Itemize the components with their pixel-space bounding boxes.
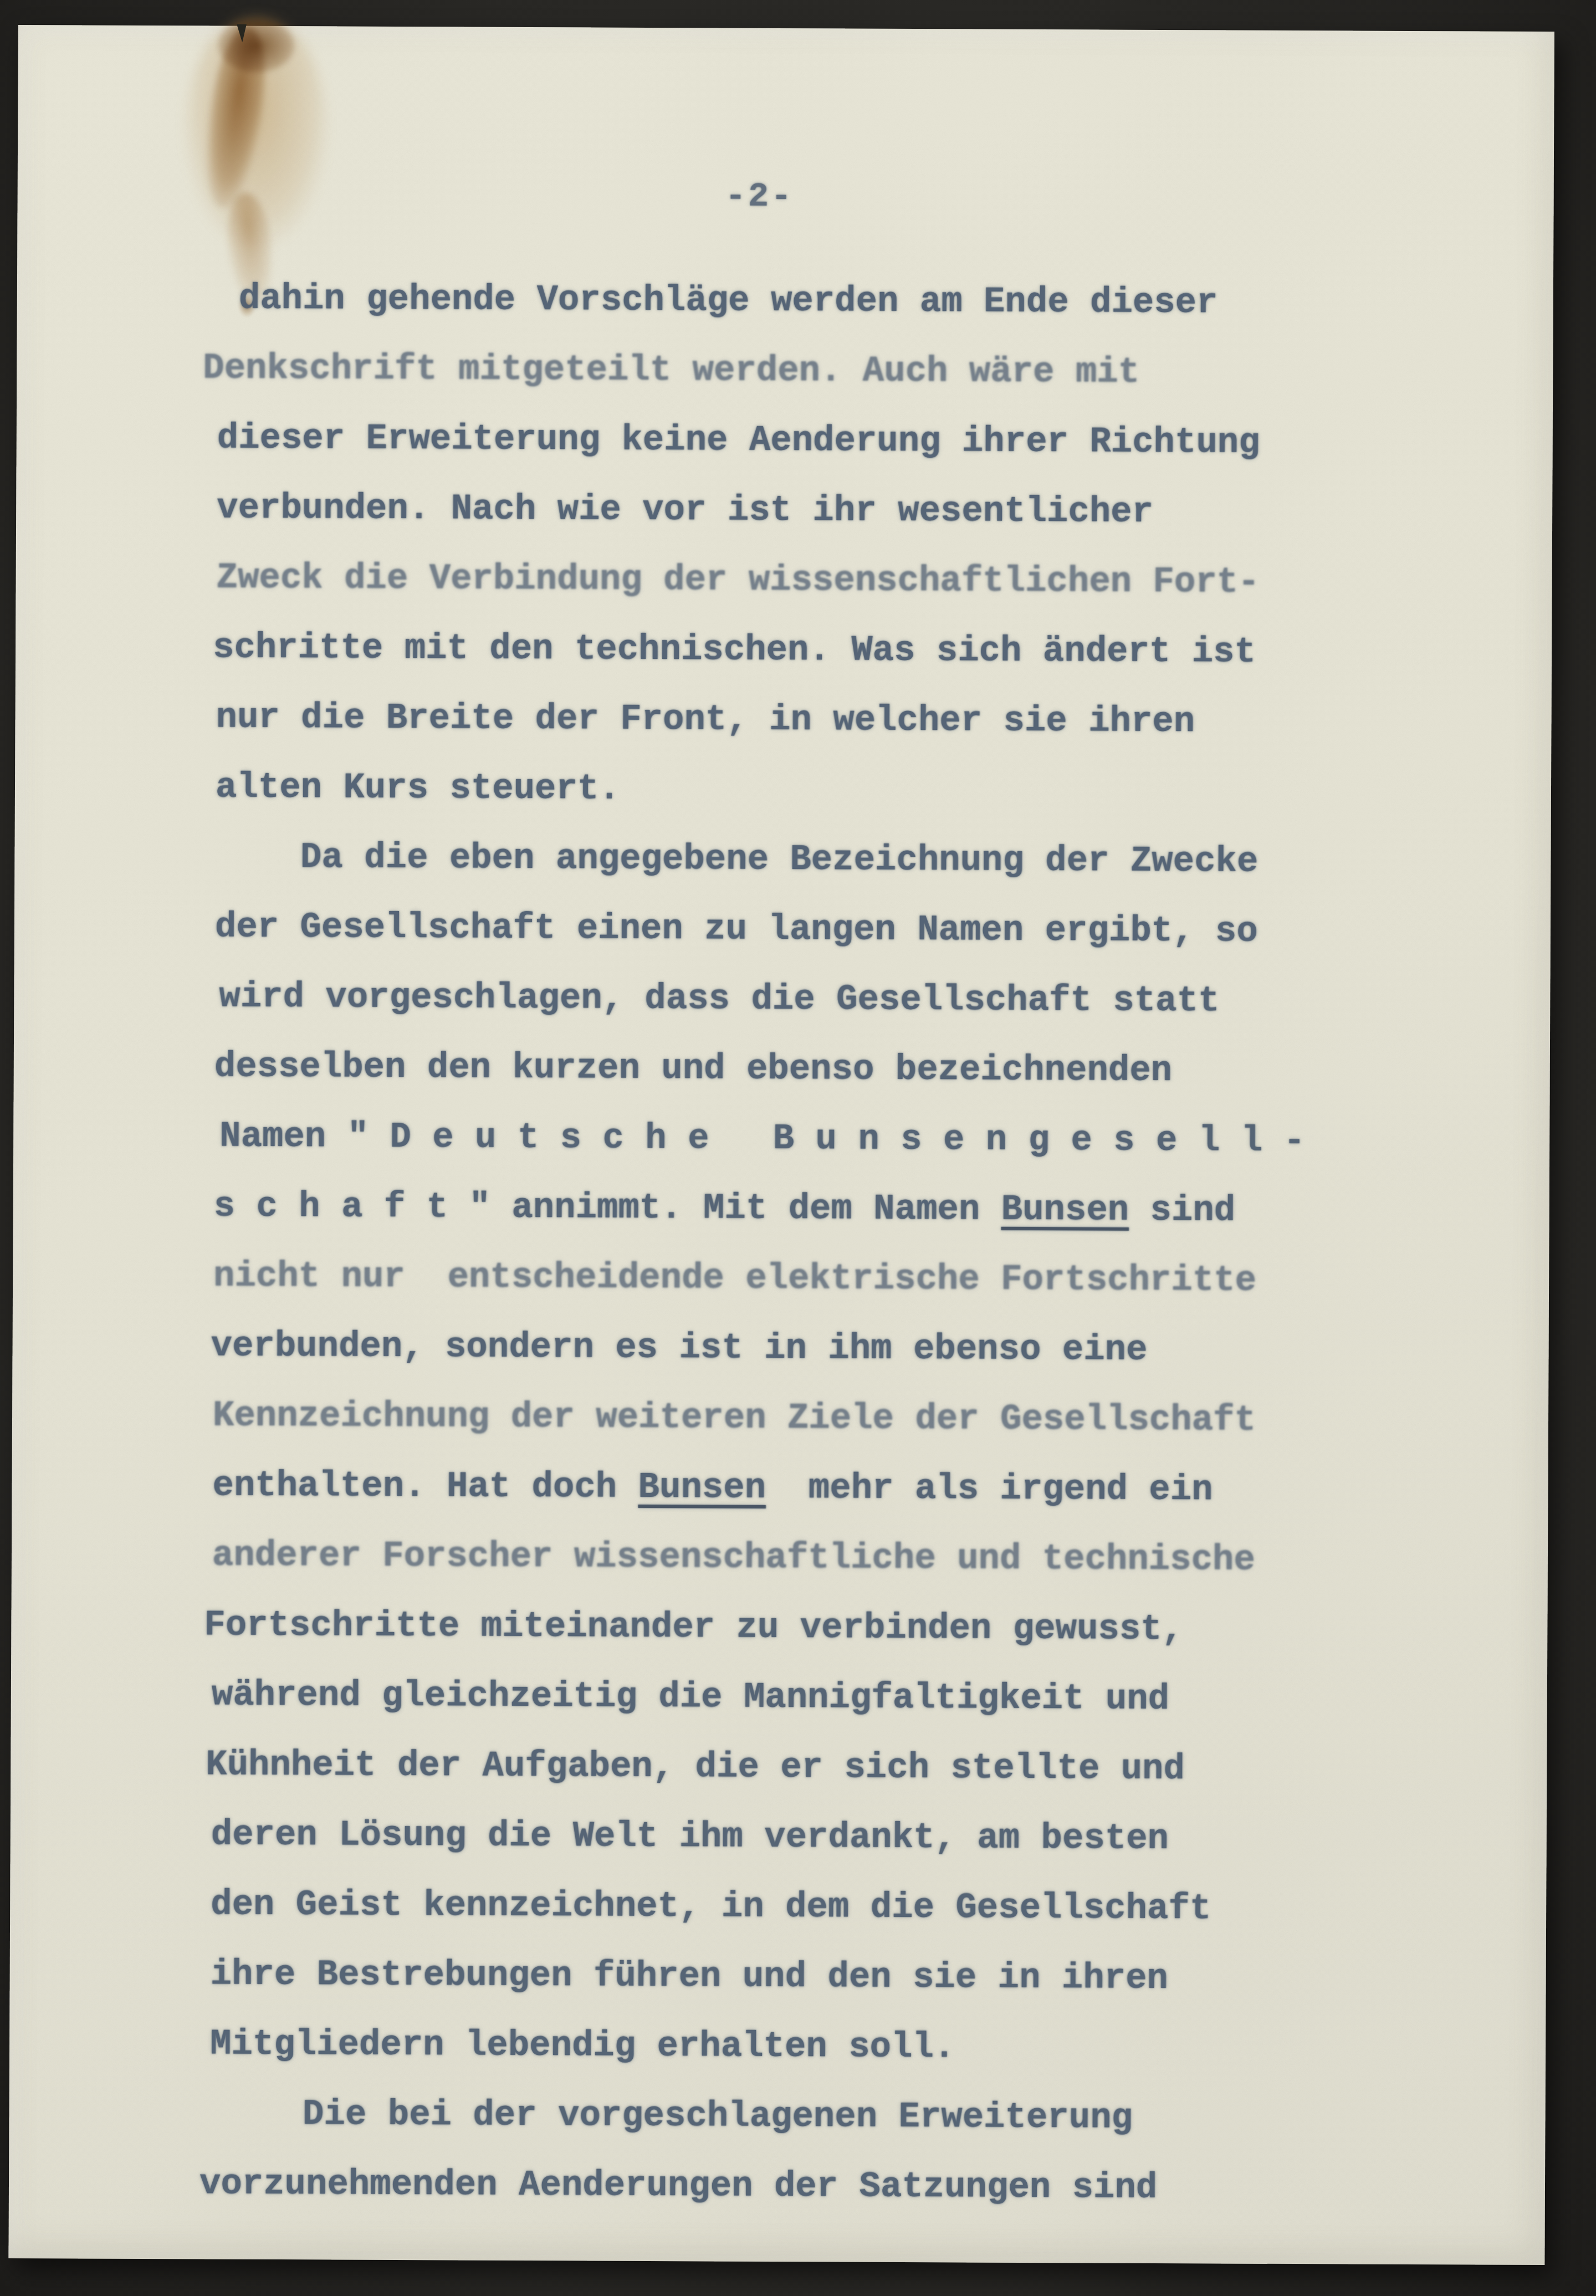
rust-stain-top bbox=[218, 18, 295, 74]
text-line: verbunden, sondern es ist in ihm ebenso … bbox=[211, 1312, 1466, 1387]
text-line: vorzunehmenden Aenderungen der Satzungen… bbox=[199, 2149, 1462, 2225]
text-segment: Mitgliedern lebendig erhalten soll. bbox=[210, 2025, 955, 2068]
text-segment: desselben den kurzen und ebenso bezeichn… bbox=[214, 1047, 1173, 1092]
typewritten-text: dahin gehende Vorschläge werden am Ende … bbox=[209, 264, 1470, 2225]
text-segment: sind bbox=[1129, 1191, 1235, 1231]
text-line: während gleichzeitig die Mannigfaltigkei… bbox=[212, 1661, 1465, 1736]
text-segment: schritte mit den technischen. Was sich ä… bbox=[213, 628, 1256, 673]
text-line: nur die Breite der Front, in welcher sie… bbox=[216, 683, 1469, 759]
text-line: Denkschrift mitgeteilt werden. Auch wäre… bbox=[203, 334, 1470, 409]
text-segment: nur die Breite der Front, in welcher sie… bbox=[216, 698, 1195, 743]
text-segment: vorzunehmenden Aenderungen der Satzungen… bbox=[199, 2164, 1158, 2208]
text-segment: Die bei der vorgeschlagenen Erweiterung bbox=[217, 2095, 1133, 2139]
text-segment: der Gesellschaft einen zu langen Namen e… bbox=[215, 908, 1258, 952]
text-segment: dahin gehende Vorschläge werden am Ende … bbox=[239, 279, 1218, 324]
text-segment: Kühnheit der Aufgaben, die er sich stell… bbox=[206, 1746, 1185, 1790]
text-segment: Zweck die Verbindung der wissenschaftlic… bbox=[216, 559, 1259, 603]
text-segment: Denkschrift mitgeteilt werden. Auch wäre… bbox=[203, 349, 1139, 392]
text-line: deren Lösung die Welt ihm verdankt, am b… bbox=[211, 1801, 1464, 1876]
text-line: desselben den kurzen und ebenso bezeichn… bbox=[214, 1032, 1467, 1108]
text-line: dieser Erweiterung keine Aenderung ihrer… bbox=[217, 404, 1470, 479]
text-segment: nicht nur entscheidende elektrische Fort… bbox=[213, 1257, 1256, 1301]
text-line: der Gesellschaft einen zu langen Namen e… bbox=[215, 893, 1468, 968]
text-line: wird vorgeschlagen, dass die Gesellschaf… bbox=[219, 963, 1467, 1038]
text-segment: dieser Erweiterung keine Aenderung ihrer… bbox=[217, 419, 1260, 463]
text-segment: alten Kurs steuert. bbox=[216, 768, 620, 810]
page-number: -2- bbox=[725, 177, 794, 217]
underlined-word: Bunsen bbox=[638, 1468, 766, 1508]
rust-stain-core bbox=[196, 23, 274, 212]
scanned-page: -2- dahin gehende Vorschläge werden am E… bbox=[8, 25, 1554, 2265]
text-segment: den Geist kennzeichnet, in dem die Gesel… bbox=[211, 1885, 1211, 1930]
text-segment: ihre Bestrebungen führen und den sie in … bbox=[210, 1955, 1168, 2000]
rust-stain-halo bbox=[183, 14, 329, 248]
text-line: alten Kurs steuert. bbox=[216, 753, 1469, 829]
underlined-word: Bunsen bbox=[1001, 1190, 1129, 1231]
text-line: enthalten. Hat doch Bunsen mehr als irge… bbox=[212, 1451, 1465, 1527]
text-line: Mitgliedern lebendig erhalten soll. bbox=[210, 2010, 1463, 2085]
text-segment: verbunden. Nach wie vor ist ihr wesentli… bbox=[217, 489, 1153, 533]
text-line: Zweck die Verbindung der wissenschaftlic… bbox=[216, 544, 1469, 619]
text-line: Kühnheit der Aufgaben, die er sich stell… bbox=[206, 1731, 1464, 1806]
text-segment: Namen " D e u t s c h e B u n s e n g e … bbox=[219, 1117, 1305, 1162]
text-line: Da die eben angegebene Bezeichnung der Z… bbox=[215, 823, 1468, 898]
text-line: s c h a f t " annimmt. Mit dem Namen Bun… bbox=[213, 1172, 1466, 1247]
text-segment: wird vorgeschlagen, dass die Gesellschaf… bbox=[219, 978, 1219, 1022]
scan-background: { "document": { "kind": "typewritten-sca… bbox=[0, 0, 1596, 2296]
text-line: den Geist kennzeichnet, in dem die Gesel… bbox=[211, 1870, 1464, 1946]
text-line: ihre Bestrebungen führen und den sie in … bbox=[210, 1940, 1463, 2016]
text-segment: s c h a f t " annimmt. Mit dem Namen bbox=[214, 1187, 1001, 1230]
text-segment: mehr als irgend ein bbox=[766, 1469, 1213, 1511]
text-segment: während gleichzeitig die Mannigfaltigkei… bbox=[212, 1676, 1170, 1720]
text-segment: Da die eben angegebene Bezeichnung der Z… bbox=[215, 838, 1258, 882]
text-segment: Kennzeichnung der weiteren Ziele der Ges… bbox=[213, 1397, 1256, 1441]
text-line: schritte mit den technischen. Was sich ä… bbox=[213, 613, 1469, 689]
text-line: Kennzeichnung der weiteren Ziele der Ges… bbox=[213, 1382, 1466, 1457]
text-segment: Fortschritte miteinander zu verbinden ge… bbox=[204, 1605, 1183, 1650]
text-segment: deren Lösung die Welt ihm verdankt, am b… bbox=[211, 1816, 1169, 1860]
text-line: anderer Forscher wissenschaftliche und t… bbox=[212, 1521, 1465, 1597]
text-line: nicht nur entscheidende elektrische Fort… bbox=[213, 1242, 1466, 1317]
paper-tear-notch bbox=[234, 24, 249, 43]
text-segment: anderer Forscher wissenschaftliche und t… bbox=[212, 1536, 1255, 1581]
text-segment: enthalten. Hat doch bbox=[212, 1466, 638, 1508]
text-segment: verbunden, sondern es ist in ihm ebenso … bbox=[211, 1327, 1147, 1371]
text-line: Fortschritte miteinander zu verbinden ge… bbox=[204, 1591, 1465, 1666]
text-line: Die bei der vorgeschlagenen Erweiterung bbox=[217, 2080, 1462, 2155]
text-line: dahin gehende Vorschläge werden am Ende … bbox=[239, 264, 1471, 340]
text-line: verbunden. Nach wie vor ist ihr wesentli… bbox=[217, 474, 1470, 549]
text-line: Namen " D e u t s c h e B u n s e n g e … bbox=[219, 1102, 1467, 1178]
